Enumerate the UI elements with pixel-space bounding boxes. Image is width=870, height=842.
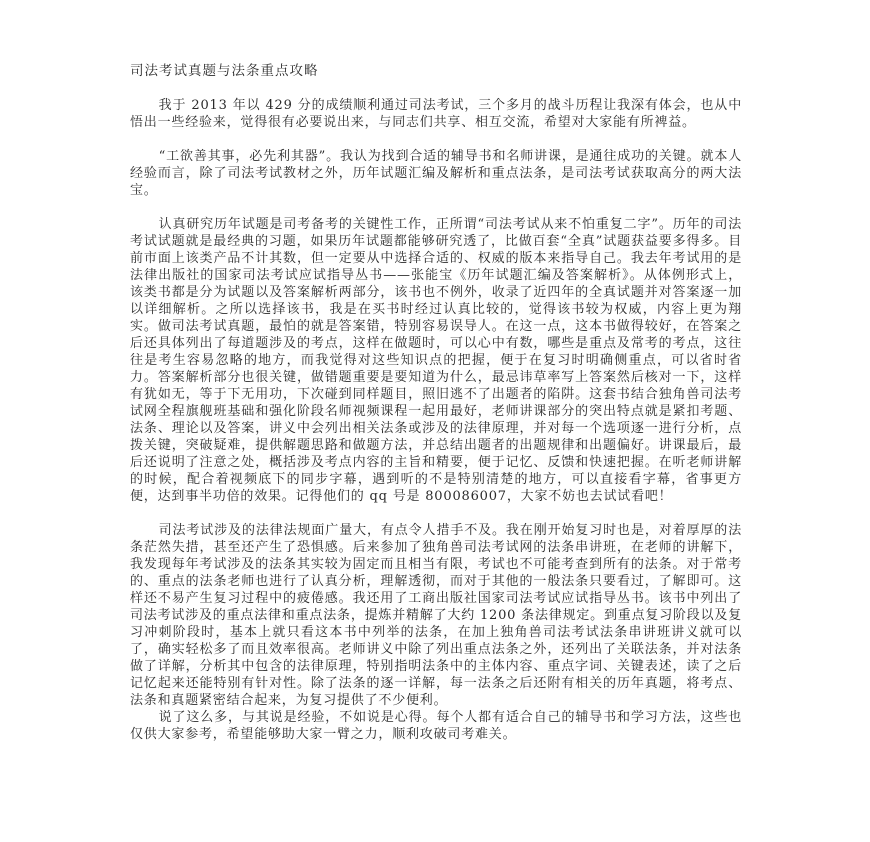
paragraph-tools: “工欲善其事，必先利其器”。我认为找到合适的辅导书和名师讲课，是通往成功的关键。… (130, 148, 742, 199)
document-title: 司法考试真题与法条重点攻略 (130, 63, 742, 80)
document-page: 司法考试真题与法条重点攻略 我于 2013 年以 429 分的成绩顺利通过司法考… (130, 63, 742, 743)
paragraph-past-exams: 认真研究历年试题是司考备考的关键性工作，正所谓“司法考试从来不怕重复二字”。历年… (130, 216, 742, 505)
paragraph-law-articles: 司法考试涉及的法律法规面广量大，有点令人措手不及。我在刚开始复习时也是，对着厚厚… (130, 522, 742, 709)
paragraph-conclusion: 说了这么多，与其说是经验，不如说是心得。每个人都有适合自己的辅导书和学习方法，这… (130, 709, 742, 743)
paragraph-intro: 我于 2013 年以 429 分的成绩顺利通过司法考试，三个多月的战斗历程让我深… (130, 97, 742, 131)
